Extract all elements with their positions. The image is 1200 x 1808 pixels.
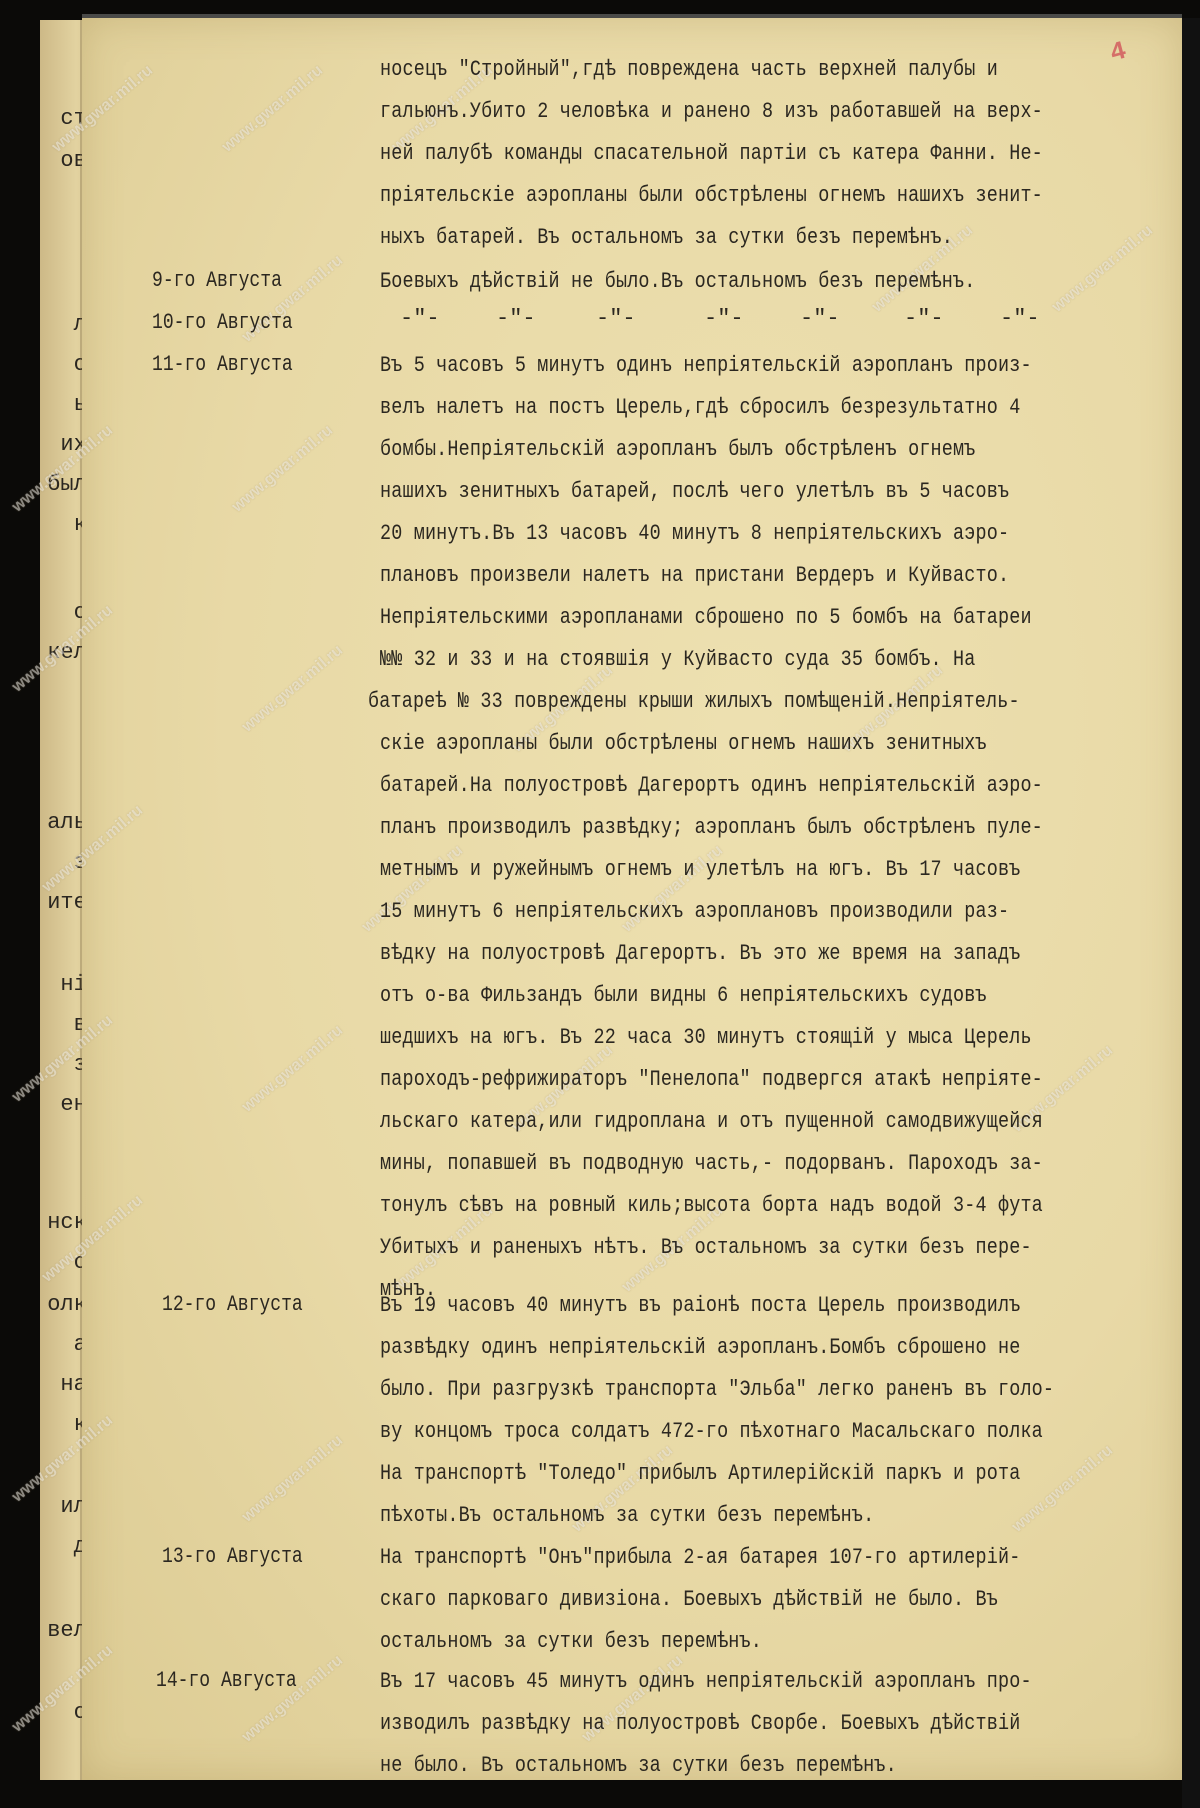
- entry-line: ней палубѣ команды спасательной партіи с…: [380, 140, 1043, 166]
- entry-line: было. При разгрузкѣ транспорта "Эльба" л…: [380, 1376, 1054, 1402]
- entry-line: носецъ "Стройный",гдѣ повреждена часть в…: [380, 56, 998, 82]
- entry-line: плановъ произвели налетъ на пристани Вер…: [380, 562, 1009, 588]
- ditto-mark: -"-: [904, 306, 944, 331]
- entry-line: тонулъ сѣвъ на ровный киль;высота борта …: [380, 1192, 1043, 1218]
- entry-line: развѣдку одинъ непріятельскій аэропланъ.…: [380, 1334, 1020, 1360]
- entry-line: Боевыхъ дѣйствій не было.Въ остальномъ б…: [380, 268, 975, 294]
- entry-line: Убитыхъ и раненыхъ нѣтъ. Въ остальномъ з…: [380, 1234, 1032, 1260]
- entry-line: батареѣ № 33 повреждены крыши жилыхъ пом…: [368, 688, 1020, 714]
- entry-line: мины, попавшей въ подводную часть,- подо…: [380, 1150, 1043, 1176]
- entry-line: гальюнъ.Убито 2 человѣка и ранено 8 изъ …: [380, 98, 1043, 124]
- entry-line: остальномъ за сутки безъ перемѣнъ.: [380, 1628, 762, 1654]
- entry-date: 12-го Августа: [162, 1292, 303, 1317]
- entry-line: пѣхоты.Въ остальномъ за сутки безъ перем…: [380, 1502, 874, 1528]
- page-right-edge: [1182, 18, 1200, 1808]
- ditto-mark: -"-: [800, 306, 840, 331]
- entry-line: №№ 32 и 33 и на стоявшія у Куйвасто суда…: [380, 646, 975, 672]
- entry-line: планъ производилъ развѣдку; аэропланъ бы…: [380, 814, 1043, 840]
- entry-line: шедшихъ на югъ. Въ 22 часа 30 минутъ сто…: [380, 1024, 1032, 1050]
- entry-line: изводилъ развѣдку на полуостровѣ Сворбе.…: [380, 1710, 1020, 1736]
- entry-line: Непріятельскими аэропланами сброшено по …: [380, 604, 1032, 630]
- entry-date: 9-го Августа: [152, 268, 282, 293]
- entry-line: батарей.На полуостровѣ Дагерортъ одинъ н…: [380, 772, 1043, 798]
- entry-line: отъ о-ва Фильзандъ были видны 6 непріяте…: [380, 982, 987, 1008]
- entry-line: Въ 17 часовъ 45 минутъ одинъ непріятельс…: [380, 1668, 1032, 1694]
- entry-line: ныхъ батарей. Въ остальномъ за сутки без…: [380, 224, 953, 250]
- entry-line: бомбы.Непріятельскій аэропланъ былъ обст…: [380, 436, 975, 462]
- entry-line: 20 минутъ.Въ 13 часовъ 40 минутъ 8 непрі…: [380, 520, 1009, 546]
- entry-date: 13-го Августа: [162, 1544, 303, 1569]
- ditto-mark: -"-: [496, 306, 536, 331]
- entry-line: Въ 5 часовъ 5 минутъ одинъ непріятельскі…: [380, 352, 1032, 378]
- entry-line: На транспортѣ "Онъ"прибыла 2-ая батарея …: [380, 1544, 1020, 1570]
- entry-line: скіе аэропланы были обстрѣлены огнемъ на…: [380, 730, 987, 756]
- entry-date: 10-го Августа: [152, 310, 293, 335]
- entry-line: 15 минутъ 6 непріятельскихъ аэроплановъ …: [380, 898, 1009, 924]
- entry-line: нашихъ зенитныхъ батарей, послѣ чего уле…: [380, 478, 1009, 504]
- entry-line: На транспортѣ "Толедо" прибылъ Артилерій…: [380, 1460, 1020, 1486]
- entry-date: 14-го Августа: [156, 1668, 297, 1693]
- entry-date: 11-го Августа: [152, 352, 293, 377]
- ditto-mark: -"-: [704, 306, 744, 331]
- ditto-mark: -"-: [596, 306, 636, 331]
- entry-line: велъ налетъ на постъ Церель,гдѣ сбросилъ…: [380, 394, 1020, 420]
- entry-line: льскаго катера,или гидроплана и отъ пуще…: [380, 1108, 1043, 1134]
- ditto-mark: -"-: [1000, 306, 1040, 331]
- entry-line: скаго парковаго дивизіона. Боевыхъ дѣйст…: [380, 1586, 998, 1612]
- entry-line: Въ 19 часовъ 40 минутъ въ раіонѣ поста Ц…: [380, 1292, 1020, 1318]
- entry-line: метнымъ и ружейнымъ огнемъ и улетѣлъ на …: [380, 856, 1020, 882]
- entry-line: не было. Въ остальномъ за сутки безъ пер…: [380, 1752, 897, 1778]
- entry-line: пароходъ-рефрижираторъ "Пенелопа" подвер…: [380, 1066, 1043, 1092]
- entry-line: пріятельскіе аэропланы были обстрѣлены о…: [380, 182, 1043, 208]
- page-fold-line: [80, 20, 82, 1780]
- entry-line: вѣдку на полуостровѣ Дагерортъ. Въ это ж…: [380, 940, 1020, 966]
- ditto-mark: -"-: [400, 306, 440, 331]
- entry-line: ву концомъ троса солдатъ 472-го пѣхотнаг…: [380, 1418, 1043, 1444]
